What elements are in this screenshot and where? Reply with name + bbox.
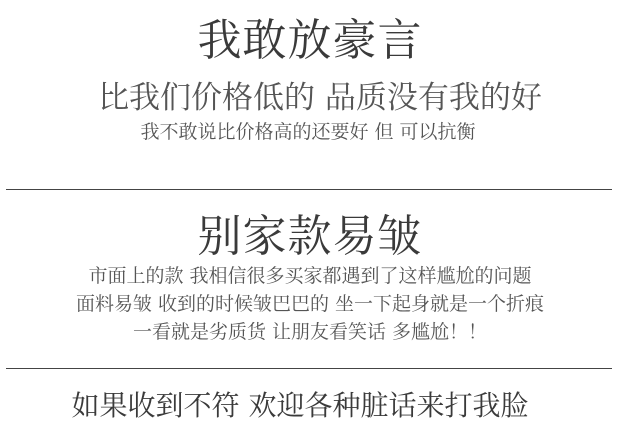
divider-bottom [6, 368, 612, 369]
guarantee-statement: 如果收到不符 欢迎各种脏话来打我脸 [0, 384, 610, 424]
paragraph-line: 一看就是劣质货 让朋友看笑话 多尴尬！！ [0, 318, 620, 346]
paragraph-wrinkle-problem: 市面上的款 我相信很多买家都遇到了这样尴尬的问题 面料易皱 收到的时候皱巴巴的 … [0, 262, 620, 346]
headline-competitor-wrinkles: 别家款易皱 [0, 200, 620, 264]
paragraph-line: 市面上的款 我相信很多买家都遇到了这样尴尬的问题 [0, 262, 620, 290]
subheadline-quality-claim: 比我们价格低的 品质没有我的好 [10, 72, 620, 117]
note-comparison: 我不敢说比价格高的还要好 但 可以抗衡 [0, 117, 618, 144]
divider-top [6, 189, 612, 190]
paragraph-line: 面料易皱 收到的时候皱巴巴的 坐一下起身就是一个折痕 [0, 290, 620, 318]
headline-bold-claim: 我敢放豪言 [0, 4, 620, 68]
